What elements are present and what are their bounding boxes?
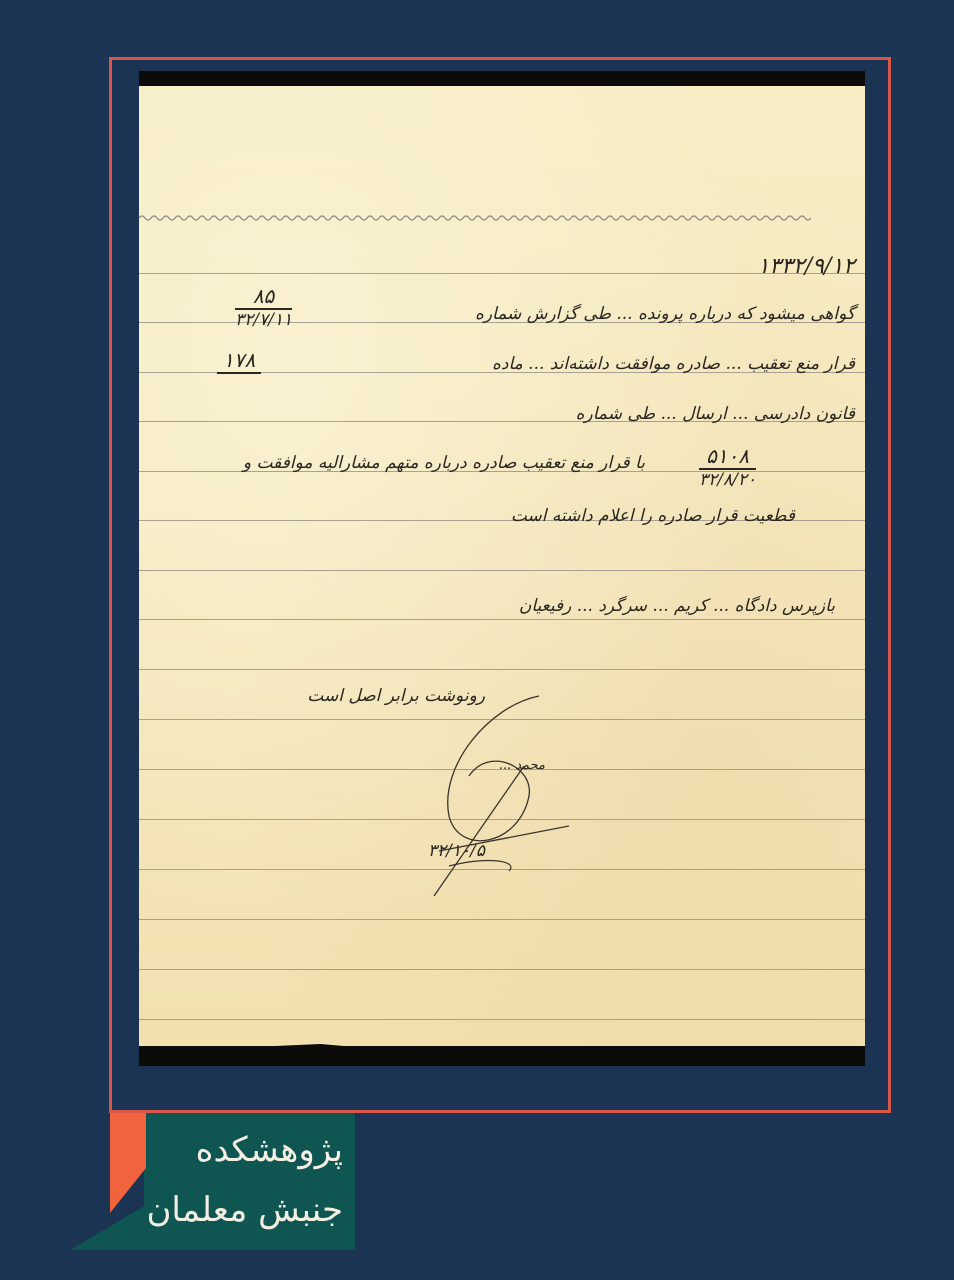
- text-line-2: قرار منع تعقیب ... صادره موافقت داشته‌ان…: [492, 354, 855, 374]
- date-header: ۱۳۳۲/۹/۱۲: [757, 254, 855, 279]
- logo-orange-accent: [110, 1113, 146, 1213]
- reference-85: ۸۵ ۳۲/۷/۱۱: [235, 284, 292, 330]
- ruled-line: [139, 619, 865, 620]
- ruled-line: [139, 1019, 865, 1020]
- text-line-4: با قرار منع تعقیب صادره درباره متهم مشار…: [243, 453, 645, 473]
- reference-178: ۱۷۸: [217, 348, 261, 374]
- ruled-line: [139, 273, 865, 274]
- ruled-line: [139, 570, 865, 571]
- reference-5108: ۵۱۰۸ ۳۲/۸/۲۰: [699, 444, 756, 490]
- paper-sheet: ۱۳۳۲/۹/۱۲ گواهی میشود که درباره پرونده .…: [139, 86, 865, 1046]
- signature-scribble: [429, 686, 589, 906]
- ruled-line: [139, 669, 865, 670]
- text-line-1: گواهی میشود که درباره پرونده ... طی گزار…: [455, 304, 855, 324]
- torn-edge: [139, 1044, 865, 1066]
- publisher-logo: پژوهشکده جنبش معلمان: [70, 1113, 355, 1250]
- text-line-5: قطعیت قرار صادره را اعلام داشته است: [511, 506, 795, 526]
- logo-line-2: جنبش معلمان: [146, 1193, 343, 1227]
- examiner-line: بازپرس دادگاه ... کریم ... سرگرد ... رفی…: [519, 596, 835, 616]
- ruled-line: [139, 969, 865, 970]
- document-scan: ۱۳۳۲/۹/۱۲ گواهی میشود که درباره پرونده .…: [139, 71, 865, 1066]
- logo-line-1: پژوهشکده: [196, 1133, 343, 1167]
- perforation-line: [139, 214, 865, 222]
- ruled-line: [139, 919, 865, 920]
- text-line-3: قانون دادرسی ... ارسال ... طی شماره: [576, 404, 855, 424]
